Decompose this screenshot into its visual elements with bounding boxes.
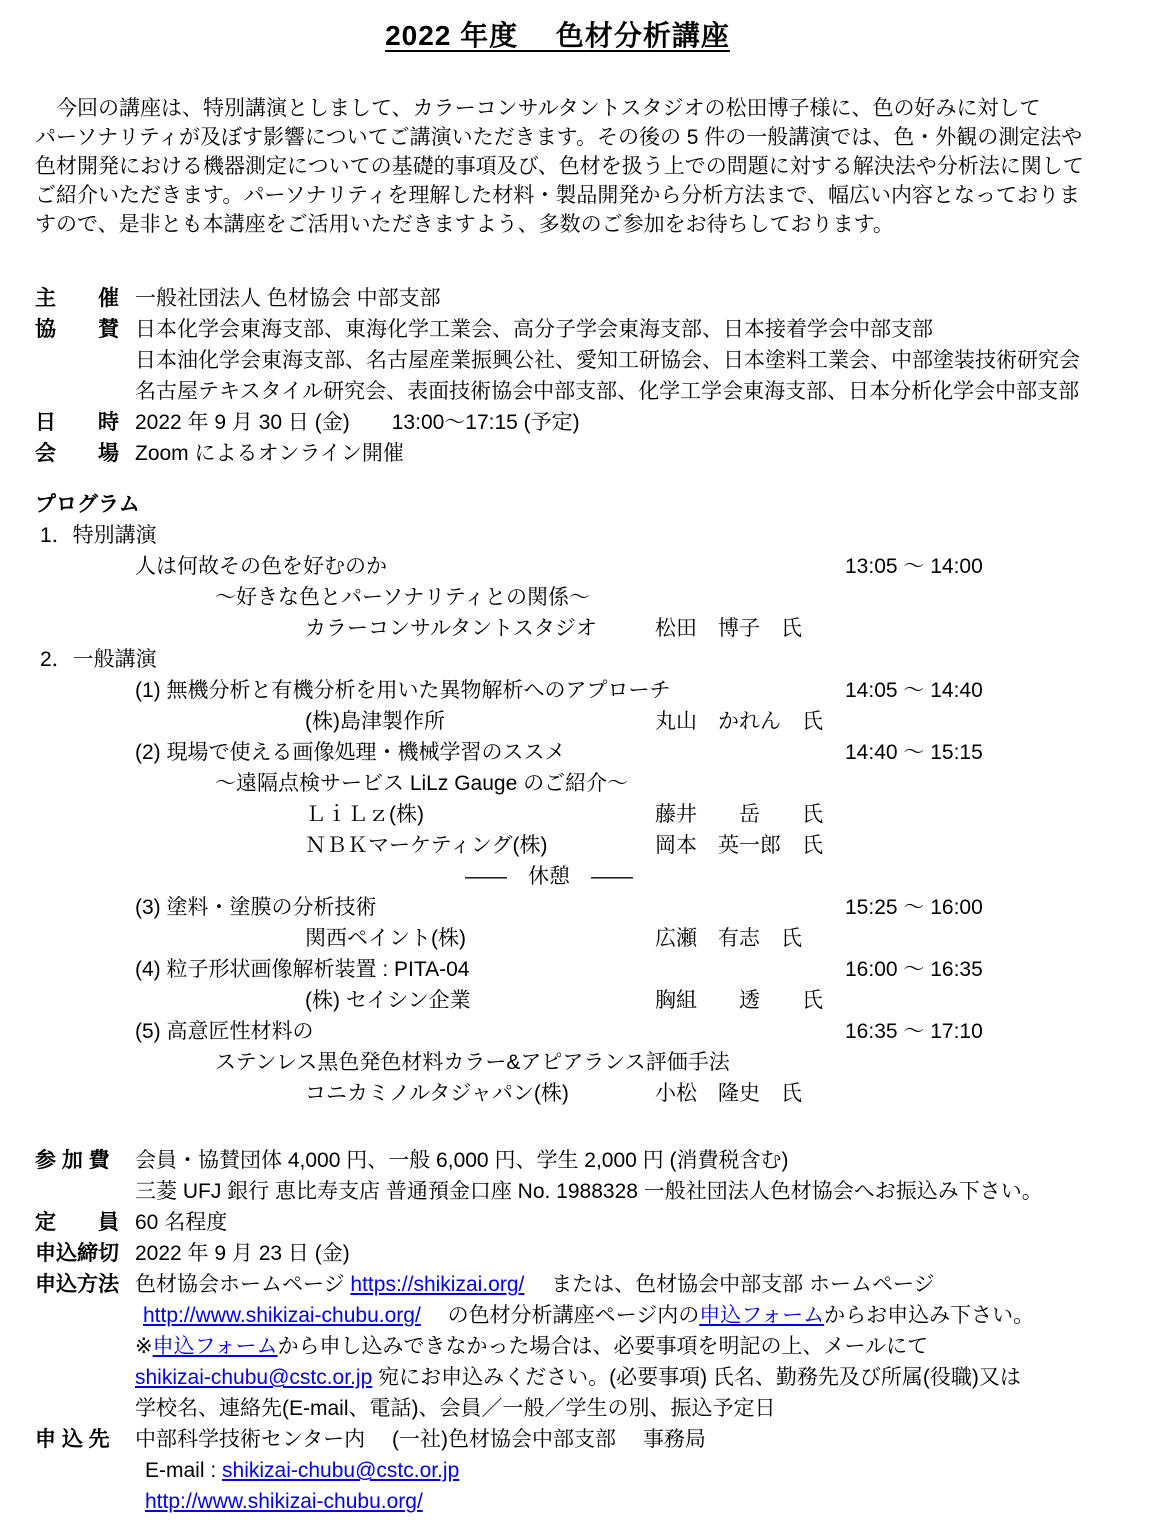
fee-row: 参 加 費 会員・協賛団体 4,000 円、一般 6,000 円、学生 2,00… (35, 1145, 1132, 1207)
info-row-host: 主 催 一般社団法人 色材協会 中部支部 (35, 283, 1132, 314)
email-address-link[interactable]: shikizai-chubu@cstc.or.jp (135, 1366, 372, 1389)
program-talk-title: (4) 粒子形状画像解析装置 : PITA-04 16:00 ～ 16:35 (35, 954, 1132, 985)
event-info: 主 催 一般社団法人 色材協会 中部支部 協 賛 日本化学会東海支部、東海化学工… (35, 283, 1132, 469)
program-section-1: 1．特別講演 (35, 520, 1132, 551)
info-value-venue: Zoom によるオンライン開催 (135, 438, 404, 469)
talk-title: (2) 現場で使える画像処理・機械学習のススメ (135, 741, 566, 764)
contact-row: 申 込 先 中部科学技術センター内 (一社)色材協会中部支部 事務局 E-mai… (35, 1424, 1132, 1517)
program-speaker-row: (株) セイシン企業 胸組 透 氏 (35, 985, 1132, 1016)
method-line-2: http://www.shikizai-chubu.org/ の色材分析講座ペー… (135, 1300, 1034, 1331)
intro-paragraph: 今回の講座は、特別講演としまして、カラーコンサルタントスタジオの松田博子様に、色… (35, 94, 1132, 239)
program-talk-title: (1) 無機分析と有機分析を用いた異物解析へのアプローチ 14:05 ～ 14:… (35, 675, 1132, 706)
contact-label: 申 込 先 (35, 1424, 135, 1517)
talk-title: 人は何故その色を好むのか (135, 555, 387, 578)
talk-subtitle: ～好きな色とパーソナリティとの関係～ (215, 586, 590, 609)
method-text: 色材協会ホームページ (135, 1273, 350, 1296)
method-text: から申し込みできなかった場合は、必要事項を明記の上、メールにて (278, 1335, 929, 1358)
contact-office: 中部科学技術センター内 (一社)色材協会中部支部 事務局 (135, 1424, 706, 1455)
speaker-company: カラーコンサルタントスタジオ (305, 617, 597, 640)
speaker-company: ＮＢＫマーケティング(株) (305, 834, 547, 857)
speaker-company: (株)島津製作所 (305, 710, 445, 733)
deadline-value: 2022 年 9 月 23 日 (金) (135, 1238, 350, 1269)
deadline-row: 申込締切 2022 年 9 月 23 日 (金) (35, 1238, 1132, 1269)
info-row-sponsors: 協 賛 日本化学会東海支部、東海化学工業会、高分子学会東海支部、日本接着学会中部… (35, 314, 1132, 407)
info-row-venue: 会 場 Zoom によるオンライン開催 (35, 438, 1132, 469)
fee-bank-info: 三菱 UFJ 銀行 恵比寿支店 普通預金口座 No. 1988328 一般社団法… (135, 1176, 1043, 1207)
method-line-1: 色材協会ホームページ https://shikizai.org/ または、色材協… (135, 1269, 1034, 1300)
program-talk-title: (3) 塗料・塗膜の分析技術 15:25 ～ 16:00 (35, 892, 1132, 923)
capacity-value: 60 名程度 (135, 1207, 227, 1238)
method-label: 申込方法 (35, 1269, 135, 1424)
info-label-host: 主 催 (35, 283, 135, 314)
method-line-3: ※申込フォームから申し込みできなかった場合は、必要事項を明記の上、メールにて (135, 1331, 1034, 1362)
speaker-name: 藤井 岳 氏 (655, 799, 823, 830)
method-text: からお申込み下さい。 (824, 1304, 1034, 1327)
speaker-name: 松田 博子 氏 (655, 613, 802, 644)
program-section: プログラム 1．特別講演 人は何故その色を好むのか 13:05 ～ 14:00 … (35, 489, 1132, 1109)
sponsors-line: 名古屋テキスタイル研究会、表面技術協会中部支部、化学工学会東海支部、日本分析化学… (135, 376, 1080, 407)
program-speaker-row: (株)島津製作所 丸山 かれん 氏 (35, 706, 1132, 737)
sponsors-line: 日本油化学会東海支部、名古屋産業振興公社、愛知工研協会、日本塗料工業会、中部塗装… (135, 345, 1080, 376)
speaker-name: 小松 隆史 氏 (655, 1078, 802, 1109)
section-label: 2．一般講演 (40, 648, 157, 671)
program-speaker-row: ＮＢＫマーケティング(株) 岡本 英一郎 氏 (35, 830, 1132, 861)
method-line-4: shikizai-chubu@cstc.or.jp 宛にお申込みください。(必要… (135, 1362, 1034, 1393)
program-heading: プログラム (35, 489, 1132, 520)
program-talk-subtitle: ～好きな色とパーソナリティとの関係～ (35, 582, 1132, 613)
talk-time: 14:40 ～ 15:15 (845, 737, 983, 768)
intro-line: すので、是非とも本講座をご活用いただきますよう、多数のご参加をお待ちしております… (35, 210, 1132, 239)
deadline-label: 申込締切 (35, 1238, 135, 1269)
speaker-name: 岡本 英一郎 氏 (655, 830, 823, 861)
method-line-5: 学校名、連絡先(E-mail、電話)、会員／一般／学生の別、振込予定日 (135, 1393, 1034, 1424)
talk-time: 14:05 ～ 14:40 (845, 675, 983, 706)
program-talk-subtitle: ～遠隔点検サービス LiLz Gauge のご紹介～ (35, 768, 1132, 799)
document-page: 2022 年度 色材分析講座 今回の講座は、特別講演としまして、カラーコンサルタ… (0, 0, 1162, 1517)
program-talk-title: (5) 高意匠性材料の 16:35 ～ 17:10 (35, 1016, 1132, 1047)
method-text: または、色材協会中部支部 ホームページ (524, 1273, 934, 1296)
intro-line: 色材開発における機器測定についての基礎的事項及び、色材を扱う上での問題に対する解… (35, 152, 1132, 181)
method-row: 申込方法 色材協会ホームページ https://shikizai.org/ また… (35, 1269, 1132, 1424)
talk-time: 13:05 ～ 14:00 (845, 551, 983, 582)
email-label: E-mail : (145, 1459, 222, 1482)
registration-details: 参 加 費 会員・協賛団体 4,000 円、一般 6,000 円、学生 2,00… (35, 1145, 1132, 1517)
program-speaker-row: カラーコンサルタントスタジオ 松田 博子 氏 (35, 613, 1132, 644)
method-text: 学校名、連絡先(E-mail、電話)、会員／一般／学生の別、振込予定日 (135, 1397, 776, 1420)
speaker-company: (株) セイシン企業 (305, 989, 471, 1012)
program-speaker-row: 関西ペイント(株) 広瀬 有志 氏 (35, 923, 1132, 954)
talk-subtitle: ステンレス黒色発色材料カラー&アピアランス評価手法 (215, 1051, 730, 1074)
application-form-link[interactable]: 申込フォーム (699, 1304, 824, 1327)
capacity-row: 定 員 60 名程度 (35, 1207, 1132, 1238)
sponsors-line: 日本化学会東海支部、東海化学工業会、高分子学会東海支部、日本接着学会中部支部 (135, 314, 1080, 345)
info-label-datetime: 日 時 (35, 407, 135, 438)
talk-time: 16:35 ～ 17:10 (845, 1016, 983, 1047)
speaker-name: 広瀬 有志 氏 (655, 923, 802, 954)
program-talk-title: 人は何故その色を好むのか 13:05 ～ 14:00 (35, 551, 1132, 582)
speaker-company: コニカミノルタジャパン(株) (305, 1082, 569, 1105)
info-label-venue: 会 場 (35, 438, 135, 469)
method-text: ※ (135, 1335, 153, 1358)
talk-time: 15:25 ～ 16:00 (845, 892, 983, 923)
contact-website-link[interactable]: http://www.shikizai-chubu.org/ (145, 1490, 423, 1513)
speaker-company: 関西ペイント(株) (305, 927, 466, 950)
talk-title: (1) 無機分析と有機分析を用いた異物解析へのアプローチ (135, 679, 671, 702)
contact-url-line: http://www.shikizai-chubu.org/ (135, 1486, 706, 1517)
program-section-2: 2．一般講演 (35, 644, 1132, 675)
intro-line: ご紹介いただきます。パーソナリティを理解した材料・製品開発から分析方法まで、幅広… (35, 181, 1132, 210)
talk-title: (3) 塗料・塗膜の分析技術 (135, 896, 377, 919)
program-talk-subtitle: ステンレス黒色発色材料カラー&アピアランス評価手法 (35, 1047, 1132, 1078)
intro-line: 今回の講座は、特別講演としまして、カラーコンサルタントスタジオの松田博子様に、色… (35, 94, 1132, 123)
break-label: ―― 休憩 ―― (465, 865, 633, 888)
info-label-sponsors: 協 賛 (35, 314, 135, 407)
talk-title: (4) 粒子形状画像解析装置 : PITA-04 (135, 958, 469, 981)
speaker-name: 丸山 かれん 氏 (655, 706, 823, 737)
intro-line: パーソナリティが及ぼす影響についてご講演いただきます。その後の 5 件の一般講演… (35, 123, 1132, 152)
talk-time: 16:00 ～ 16:35 (845, 954, 983, 985)
program-speaker-row: コニカミノルタジャパン(株) 小松 隆史 氏 (35, 1078, 1132, 1109)
fee-label: 参 加 費 (35, 1145, 135, 1207)
info-row-datetime: 日 時 2022 年 9 月 30 日 (金) 13:00～17:15 (予定) (35, 407, 1132, 438)
page-title: 2022 年度 色材分析講座 (9, 14, 1106, 54)
contact-email-link[interactable]: shikizai-chubu@cstc.or.jp (222, 1459, 459, 1482)
talk-title: (5) 高意匠性材料の (135, 1020, 314, 1043)
break-row: ―― 休憩 ―― (35, 861, 1132, 892)
application-form-link[interactable]: 申込フォーム (153, 1335, 278, 1358)
method-text: 宛にお申込みください。(必要事項) 氏名、勤務先及び所属(役職)又は (372, 1366, 1021, 1389)
shikizai-homepage-link[interactable]: https://shikizai.org/ (350, 1273, 524, 1296)
talk-subtitle: ～遠隔点検サービス LiLz Gauge のご紹介～ (215, 772, 628, 795)
shikizai-chubu-homepage-link[interactable]: http://www.shikizai-chubu.org/ (143, 1304, 421, 1327)
method-text: の色材分析講座ページ内の (421, 1304, 699, 1327)
info-value-datetime: 2022 年 9 月 30 日 (金) 13:00～17:15 (予定) (135, 407, 580, 438)
speaker-company: ＬｉＬｚ(株) (305, 803, 424, 826)
info-value-host: 一般社団法人 色材協会 中部支部 (135, 283, 441, 314)
fee-amounts: 会員・協賛団体 4,000 円、一般 6,000 円、学生 2,000 円 (消… (135, 1145, 1043, 1176)
capacity-label: 定 員 (35, 1207, 135, 1238)
program-speaker-row: ＬｉＬｚ(株) 藤井 岳 氏 (35, 799, 1132, 830)
speaker-name: 胸組 透 氏 (655, 985, 823, 1016)
contact-email-line: E-mail : shikizai-chubu@cstc.or.jp (135, 1455, 706, 1486)
program-talk-title: (2) 現場で使える画像処理・機械学習のススメ 14:40 ～ 15:15 (35, 737, 1132, 768)
section-label: 1．特別講演 (40, 524, 157, 547)
